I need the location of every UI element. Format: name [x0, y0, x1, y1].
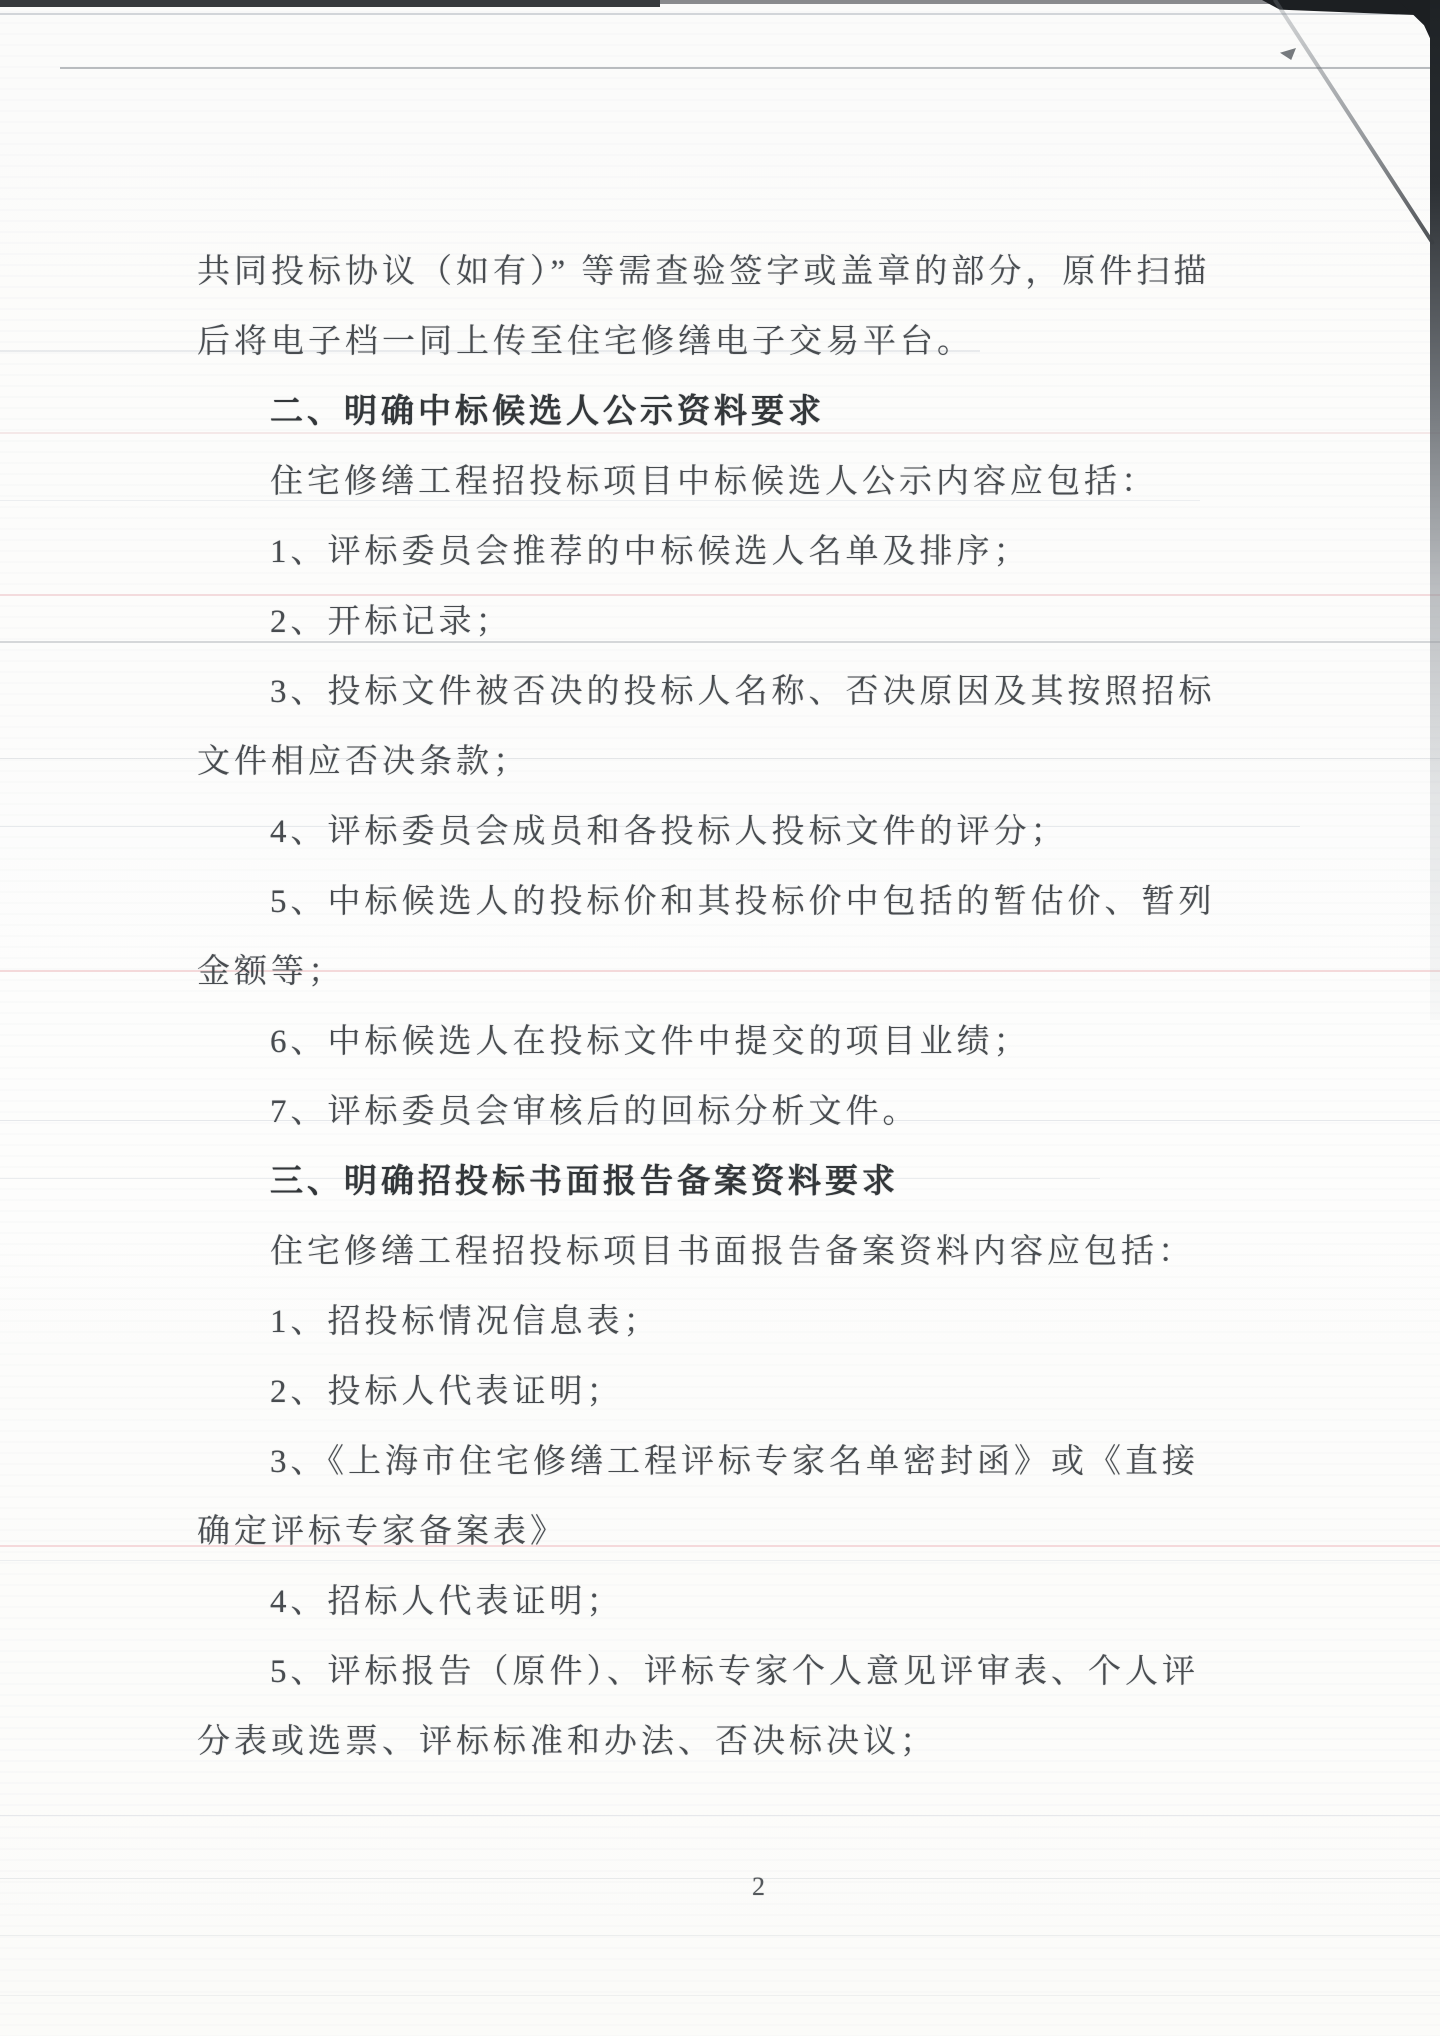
- document-line: 2、开标记录；: [197, 587, 1317, 657]
- document-line: 5、中标候选人的投标价和其投标价中包括的暂估价、暂列: [197, 867, 1317, 937]
- document-text: 共同投标协议（如有）” 等需查验签字或盖章的部分，原件扫描后将电子档一同上传至住…: [197, 237, 1317, 1777]
- document-line: 1、招投标情况信息表；: [197, 1287, 1317, 1357]
- scan-artifact-speck: [1280, 48, 1296, 60]
- document-line: 3、《上海市住宅修缮工程评标专家名单密封函》或《直接: [197, 1427, 1317, 1497]
- document-line: 后将电子档一同上传至住宅修缮电子交易平台。: [197, 307, 1317, 377]
- scan-streak: [0, 1935, 1440, 1936]
- section-heading: 二、明确中标候选人公示资料要求: [197, 377, 1317, 447]
- document-line: 分表或选票、评标标准和办法、否决标决议；: [197, 1707, 1317, 1777]
- scan-streak: [0, 1815, 1440, 1816]
- scan-streak: [0, 1878, 1440, 1879]
- document-line: 6、中标候选人在投标文件中提交的项目业绩；: [197, 1007, 1317, 1077]
- document-line: 3、投标文件被否决的投标人名称、否决原因及其按照招标: [197, 657, 1317, 727]
- scan-artifact-right-strip: [1430, 0, 1440, 1020]
- scan-streak: [0, 1995, 1440, 1996]
- document-line: 文件相应否决条款；: [197, 727, 1317, 797]
- scanned-document-page: 共同投标协议（如有）” 等需查验签字或盖章的部分，原件扫描后将电子档一同上传至住…: [0, 0, 1440, 2036]
- document-line: 确定评标专家备案表》: [197, 1497, 1317, 1567]
- section-heading: 三、明确招投标书面报告备案资料要求: [197, 1147, 1317, 1217]
- document-line: 5、评标报告（原件）、评标专家个人意见评审表、个人评: [197, 1637, 1317, 1707]
- document-line: 住宅修缮工程招投标项目中标候选人公示内容应包括：: [197, 447, 1317, 517]
- document-line: 1、评标委员会推荐的中标候选人名单及排序；: [197, 517, 1317, 587]
- document-line: 共同投标协议（如有）” 等需查验签字或盖章的部分，原件扫描: [197, 237, 1317, 307]
- document-line: 2、投标人代表证明；: [197, 1357, 1317, 1427]
- scan-artifact-top-bar: [0, 0, 660, 7]
- scan-artifact-top-bar-fade: [660, 0, 1270, 4]
- document-line: 7、评标委员会审核后的回标分析文件。: [197, 1077, 1317, 1147]
- page-number: 2: [752, 1872, 765, 1902]
- document-line: 住宅修缮工程招投标项目书面报告备案资料内容应包括：: [197, 1217, 1317, 1287]
- scan-streak: [0, 13, 1440, 15]
- document-line: 4、评标委员会成员和各投标人投标文件的评分；: [197, 797, 1317, 867]
- scan-artifact-diagonal-scratch: [1273, 0, 1435, 245]
- document-line: 金额等；: [197, 937, 1317, 1007]
- scan-streak: [60, 67, 1440, 69]
- document-line: 4、招标人代表证明；: [197, 1567, 1317, 1637]
